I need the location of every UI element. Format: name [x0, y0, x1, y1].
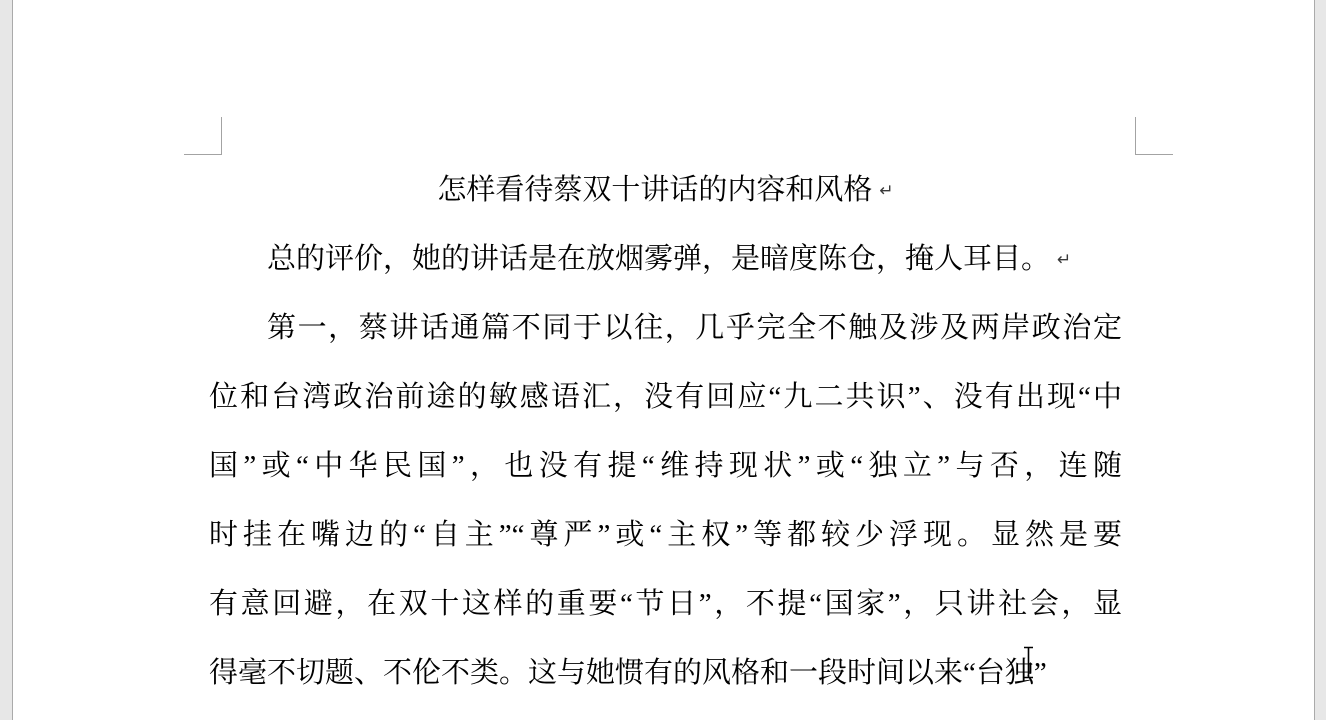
- document-line[interactable]: 得毫不切题、不伦不类。这与她惯有的风格和一段时间以来“台独”: [209, 639, 1122, 708]
- document-line[interactable]: 第一，蔡讲话通篇不同于以往，几乎完全不触及涉及两岸政治定: [209, 294, 1122, 363]
- document-line[interactable]: 位和台湾政治前途的敏感语汇，没有回应“九二共识”、没有出现“中: [209, 363, 1122, 432]
- document-line[interactable]: 国”或“中华民国”，也没有提“维持现状”或“独立”与否，连随: [209, 432, 1122, 501]
- paragraph-mark: ↵: [1057, 250, 1071, 270]
- document-line[interactable]: 时挂在嘴边的“自主”“尊严”或“主权”等都较少浮现。显然是要: [209, 501, 1122, 570]
- document-line[interactable]: 总的评价，她的讲话是在放烟雾弹，是暗度陈仓，掩人耳目。↵: [209, 225, 1122, 294]
- margin-crop-mark-top-left: [184, 117, 222, 155]
- document-text-area[interactable]: 怎样看待蔡双十讲话的内容和风格↵ 总的评价，她的讲话是在放烟雾弹，是暗度陈仓，掩…: [209, 156, 1122, 708]
- document-line-text: 位和台湾政治前途的敏感语汇，没有回应“九二共识”、没有出现“中: [209, 381, 1122, 413]
- document-line-text: 总的评价，她的讲话是在放烟雾弹，是暗度陈仓，掩人耳目。: [267, 243, 1050, 275]
- paragraph-mark: ↵: [879, 181, 893, 201]
- text-cursor-ibeam: [1022, 646, 1035, 679]
- document-line-text: 第一，蔡讲话通篇不同于以往，几乎完全不触及涉及两岸政治定: [267, 312, 1122, 344]
- document-line-text: 得毫不切题、不伦不类。这与她惯有的风格和一段时间以来“台独”: [209, 657, 1047, 689]
- application-background: { "window": { "background_color": "#e7e7…: [0, 0, 1326, 720]
- margin-crop-mark-top-right: [1135, 117, 1173, 155]
- document-line-text: 有意回避，在双十这样的重要“节日”，不提“国家”，只讲社会，显: [209, 588, 1122, 620]
- document-title: 怎样看待蔡双十讲话的内容和风格: [437, 174, 872, 206]
- document-title-line[interactable]: 怎样看待蔡双十讲话的内容和风格↵: [209, 156, 1122, 225]
- document-line[interactable]: 有意回避，在双十这样的重要“节日”，不提“国家”，只讲社会，显: [209, 570, 1122, 639]
- document-line-text: 国”或“中华民国”，也没有提“维持现状”或“独立”与否，连随: [209, 450, 1122, 482]
- document-line-text: 时挂在嘴边的“自主”“尊严”或“主权”等都较少浮现。显然是要: [209, 519, 1122, 551]
